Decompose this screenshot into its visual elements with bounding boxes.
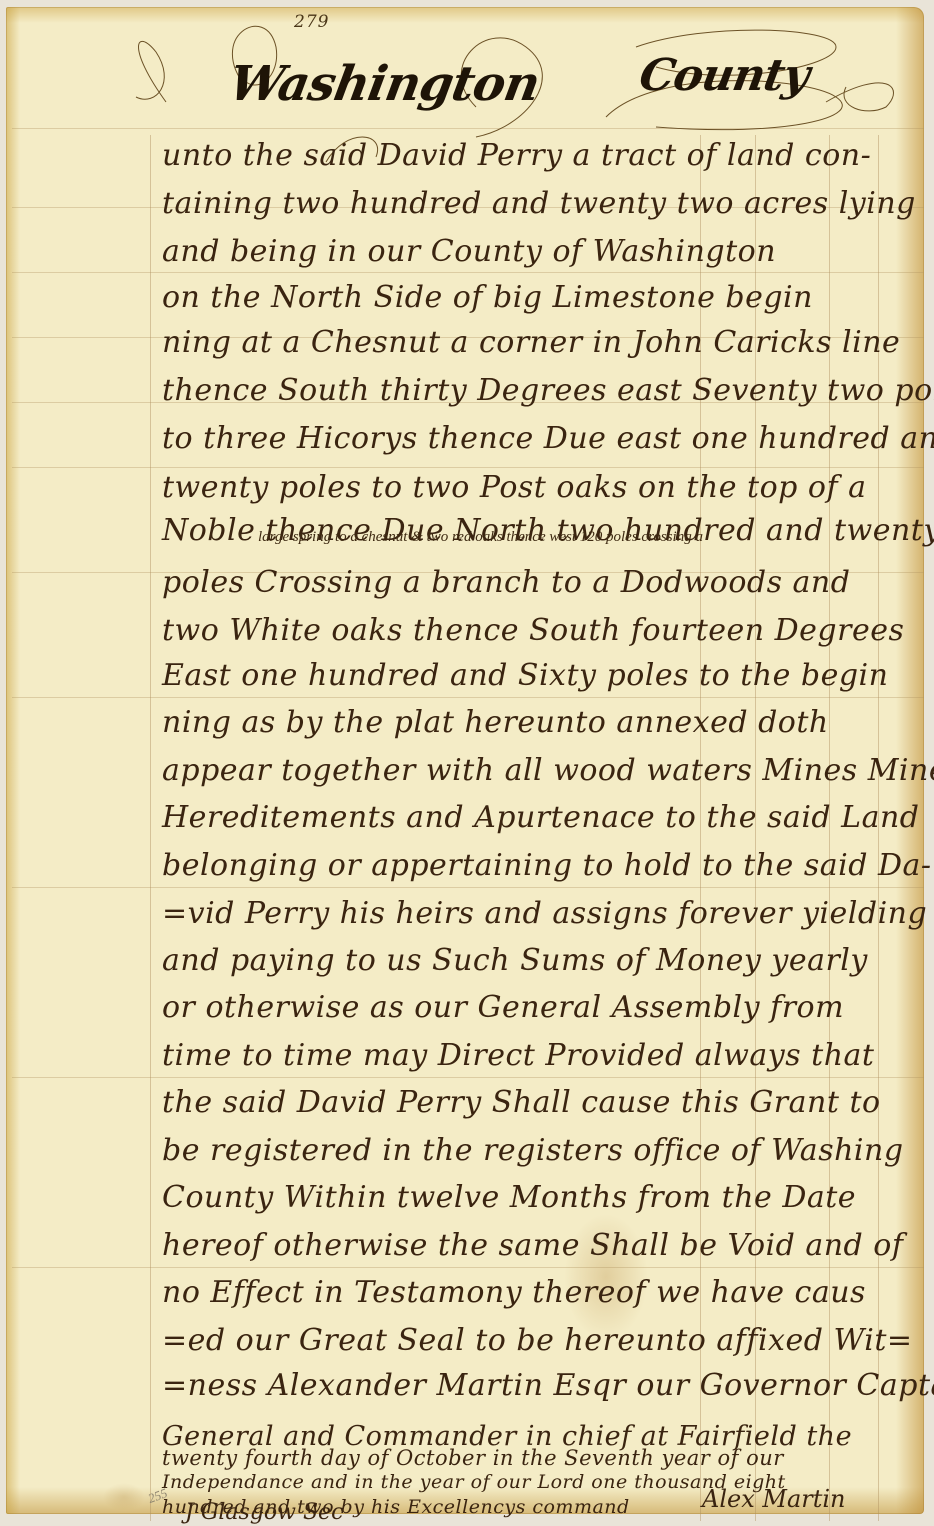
text-line: Independance and in the year of our Lord… <box>162 1471 786 1493</box>
county-heading-right: County <box>636 50 813 101</box>
text-line: East one hundred and Sixty poles to the … <box>162 658 888 693</box>
text-line: =vid Perry his heirs and assigns forever… <box>162 896 927 931</box>
text-line: be registered in the registers office of… <box>162 1133 904 1168</box>
text-line: poles Crossing a branch to a Dodwoods an… <box>162 565 850 600</box>
text-line: and being in our County of Washington <box>162 234 776 269</box>
county-heading-left: Washington <box>225 56 543 112</box>
text-line: hereof otherwise the same Shall be Void … <box>162 1228 903 1263</box>
text-line: appear together with all wood waters Min… <box>162 753 934 788</box>
text-line: no Effect in Testamony thereof we have c… <box>162 1275 866 1310</box>
text-line: on the North Side of big Limestone begin <box>162 280 813 315</box>
header-rule <box>12 128 924 129</box>
page-number: 279 <box>294 12 329 32</box>
left-margin-line <box>150 135 151 1521</box>
text-line: belonging or appertaining to hold to the… <box>162 848 932 883</box>
text-line: to three Hicorys thence Due east one hun… <box>162 421 934 456</box>
text-line: or otherwise as our General Assembly fro… <box>162 990 844 1025</box>
text-line: unto the said David Perry a tract of lan… <box>162 138 871 173</box>
text-line: =ed our Great Seal to be hereunto affixe… <box>162 1323 913 1358</box>
text-line: two White oaks thence South fourteen Deg… <box>162 613 904 648</box>
secretary-signature: J Glasgow Sec <box>185 1500 343 1525</box>
ruled-line <box>12 697 924 698</box>
ruled-line <box>12 467 924 468</box>
text-line: twenty poles to two Post oaks on the top… <box>162 470 867 505</box>
text-line: thence South thirty Degrees east Seventy… <box>162 373 934 408</box>
ruled-line <box>12 887 924 888</box>
text-line: =ness Alexander Martin Esqr our Governor… <box>162 1368 934 1403</box>
text-line: ning at a Chesnut a corner in John Caric… <box>162 325 900 360</box>
ruled-line <box>12 1077 924 1078</box>
text-line: twenty fourth day of October in the Seve… <box>162 1446 784 1470</box>
ruled-line <box>12 272 924 273</box>
text-line: the said David Perry Shall cause this Gr… <box>162 1085 881 1120</box>
text-line: ning as by the plat hereunto annexed dot… <box>162 705 829 740</box>
text-line: time to time may Direct Provided always … <box>162 1038 874 1073</box>
text-line: and paying to us Such Sums of Money year… <box>162 943 868 978</box>
governor-signature: Alex Martin <box>702 1485 846 1513</box>
text-line: County Within twelve Months from the Dat… <box>162 1180 856 1215</box>
interlinear-insertion: large spring to a chesnut & two red oaks… <box>258 529 703 546</box>
ruled-line <box>12 1267 924 1268</box>
text-line: Hereditements and Apurtenace to the said… <box>162 800 920 835</box>
text-line: taining two hundred and twenty two acres… <box>162 186 916 221</box>
